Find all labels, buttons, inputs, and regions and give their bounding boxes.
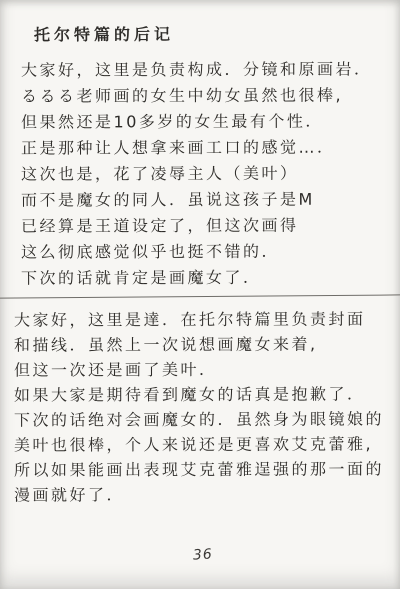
text-line: 所以如果能画出表现艾克蕾雅逞强的那一面的 bbox=[14, 456, 400, 482]
text-line: 如果大家是期待看到魔女的话真是抱歉了． bbox=[14, 381, 400, 407]
afterword-paragraph-1: 大家好，这里是负责构成．分镜和原画岩． るるる老师画的女生中幼女虽然也很棒, 但… bbox=[0, 57, 400, 291]
text-line: 这么彻底感觉似乎也挺不错的． bbox=[21, 238, 400, 265]
text-line: 已经算是王道设定了，但这次画得 bbox=[21, 212, 400, 239]
text-line: 美叶也很棒，个人来说还是更喜欢艾克蕾雅, bbox=[14, 431, 400, 457]
text-line: 大家好，这里是负责构成．分镜和原画岩． bbox=[21, 56, 400, 83]
text-line: 下次的话绝对会画魔女的．虽然身为眼镜娘的 bbox=[14, 406, 400, 432]
text-line: 下次的话就肯定是画魔女了． bbox=[21, 264, 400, 291]
section-divider bbox=[0, 294, 400, 298]
scanned-afterword-page: 托尔特篇的后记 大家好，这里是负责构成．分镜和原画岩． るるる老师画的女生中幼女… bbox=[0, 0, 400, 589]
text-line: 正是那种让人想拿来画工口的感觉…． bbox=[21, 134, 400, 161]
text-line: 这次也是，花了凌辱主人（美叶） bbox=[21, 160, 400, 187]
text-line: 漫画就好了． bbox=[14, 481, 400, 507]
afterword-paragraph-2: 大家好，这里是達．在托尔特篇里负责封面 和描线．虽然上一次说想画魔女来着, 但这… bbox=[0, 307, 400, 507]
text-line: 但果然还是10多岁的女生最有个性． bbox=[21, 108, 400, 135]
page-title: 托尔特篇的后记 bbox=[34, 22, 174, 46]
text-line: 和描线．虽然上一次说想画魔女来着, bbox=[14, 331, 400, 357]
text-line: 大家好，这里是達．在托尔特篇里负责封面 bbox=[14, 306, 400, 332]
text-line: 而不是魔女的同人．虽说这孩子是M bbox=[21, 186, 400, 213]
page-number: 36 bbox=[192, 546, 213, 563]
text-line: るるる老师画的女生中幼女虽然也很棒, bbox=[21, 82, 400, 109]
text-line: 但这一次还是画了美叶． bbox=[14, 356, 400, 382]
